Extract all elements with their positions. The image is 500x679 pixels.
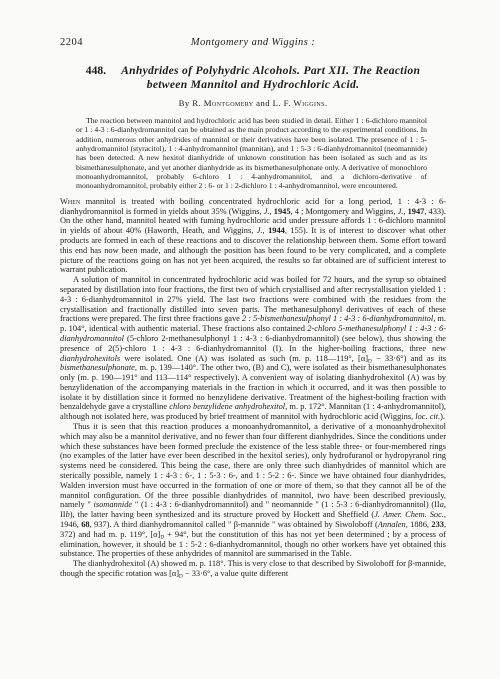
text-run: bismethanesulphonate bbox=[60, 363, 135, 372]
body-paragraph: When mannitol is treated with boiling co… bbox=[60, 197, 446, 275]
text-run: loc. cit. bbox=[415, 412, 440, 421]
article-title-line2: between Mannitol and Hydrochloric Acid. bbox=[60, 78, 446, 92]
body-paragraph: Thus it is seen that this reaction produ… bbox=[60, 422, 446, 559]
text-run: . bbox=[325, 98, 328, 108]
text-run: J. Amer. Chem. Soc. bbox=[374, 510, 444, 519]
text-run: − 33·6°, a value quite different bbox=[183, 569, 288, 578]
text-run: Wiggins bbox=[293, 98, 324, 108]
text-run: Thus it is seen that this reaction produ… bbox=[60, 422, 446, 509]
article-title-text1: Anhydrides of Polyhydric Alcohols. Part … bbox=[121, 64, 420, 77]
text-run: By R. bbox=[179, 98, 204, 108]
text-run: 2 : 5-bismethanesulphonyl 1 : 4-3 : 6-di… bbox=[242, 314, 433, 323]
text-run: 1944 bbox=[268, 226, 285, 235]
body-paragraph: A solution of mannitol in concentrated h… bbox=[60, 275, 446, 422]
text-run: Annalen bbox=[378, 520, 406, 529]
text-run: , 1886, bbox=[406, 520, 432, 529]
body-paragraph: The dianhydrohexitol (A) showed m. p. 11… bbox=[60, 559, 446, 579]
running-head-row: 2204 Montgomery and Wiggins : bbox=[60, 37, 446, 50]
running-head: Montgomery and Wiggins : bbox=[60, 37, 446, 48]
byline: By R. Montgomery and L. F. Wiggins. bbox=[60, 98, 446, 108]
article-title-line1: 448.Anhydrides of Polyhydric Alcohols. P… bbox=[60, 64, 446, 78]
text-run: dianhydrohexitols bbox=[60, 354, 120, 363]
text-run: " (1 : 4-3 : 6-dianhydromannitol) and " … bbox=[132, 500, 440, 509]
article-title: 448.Anhydrides of Polyhydric Alcohols. P… bbox=[60, 64, 446, 92]
abstract: The reaction between mannitol and hydroc… bbox=[76, 116, 427, 191]
text-run: 1945 bbox=[274, 207, 291, 216]
text-run: chloro benzylidene anhydrohexitol bbox=[169, 402, 285, 411]
text-run: and L. F. bbox=[254, 98, 294, 108]
journal-page: 2204 Montgomery and Wiggins : 448.Anhydr… bbox=[0, 0, 500, 679]
text-run: isomannide bbox=[94, 500, 133, 509]
text-run: , 937). A third dianhydromannitol called… bbox=[90, 520, 378, 529]
text-run: The reaction between mannitol and hydroc… bbox=[76, 116, 427, 190]
text-run: ). bbox=[440, 412, 445, 421]
article-body: When mannitol is treated with boiling co… bbox=[60, 197, 446, 579]
text-run: − 33·6°) and as its bbox=[372, 354, 446, 363]
text-run: 68 bbox=[81, 520, 89, 529]
text-run: 1947 bbox=[408, 207, 425, 216]
page-number: 2204 bbox=[60, 37, 83, 48]
text-run: 233 bbox=[431, 520, 444, 529]
article-number: 448. bbox=[86, 64, 106, 77]
text-run: Montgomery bbox=[204, 98, 254, 108]
text-run: were isolated. One (A) was isolated as s… bbox=[120, 354, 368, 363]
text-run: When bbox=[60, 197, 80, 206]
text-run: , 4 ; Montgomery and Wiggins, bbox=[291, 207, 398, 216]
text-run: ), the latter having been synthesized an… bbox=[70, 510, 374, 519]
